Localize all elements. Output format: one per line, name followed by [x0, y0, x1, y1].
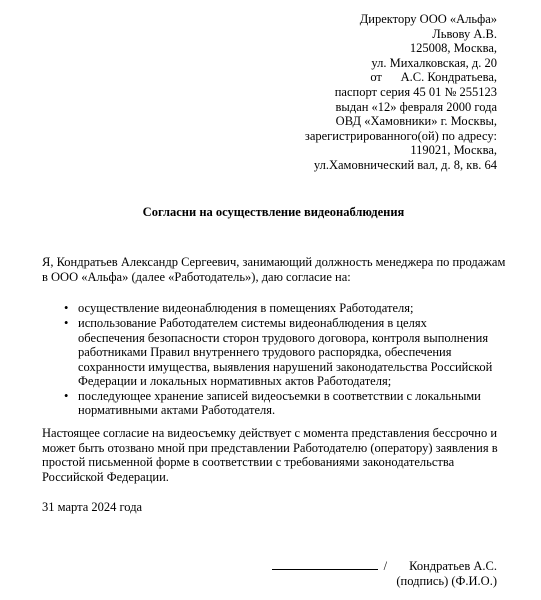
recipient-line: Львову А.В. — [42, 27, 497, 42]
recipient-line: ул. Михалковская, д. 20 — [42, 56, 497, 71]
document-page: Директору ООО «Альфа» Львову А.В. 125008… — [0, 0, 541, 600]
recipient-line: зарегистрированного(ой) по адресу: — [42, 129, 497, 144]
recipient-line: ул.Хамовнический вал, д. 8, кв. 64 — [42, 158, 497, 173]
document-title: Согласни на осуществление видеонаблюдени… — [42, 205, 505, 220]
recipient-block: Директору ООО «Альфа» Львову А.В. 125008… — [42, 12, 497, 173]
consent-item-text: последующее хранение записей видеосъемки… — [78, 389, 481, 418]
signature-caption: (подпись) (Ф.И.О.) — [42, 574, 497, 589]
recipient-line: паспорт серия 45 01 № 255123 — [42, 85, 497, 100]
signature-row: /Кондратьев А.С. — [42, 557, 497, 574]
bullet-icon: • — [64, 316, 68, 331]
consent-item-text: осуществление видеонаблюдения в помещени… — [78, 301, 413, 316]
bullet-icon: • — [64, 301, 68, 316]
recipient-line: 119021, Москва, — [42, 143, 497, 158]
signature-slash: / — [384, 559, 387, 573]
recipient-line: 125008, Москва, — [42, 41, 497, 56]
consent-list-item: • осуществление видеонаблюдения в помеще… — [42, 301, 505, 316]
consent-list-item: • последующее хранение записей видеосъем… — [42, 389, 505, 418]
consent-item-text: использование Работодателем системы виде… — [78, 316, 492, 389]
recipient-line: от А.С. Кондратьева, — [42, 70, 497, 85]
consent-list-item: • использование Работодателем системы ви… — [42, 316, 505, 389]
recipient-line: ОВД «Хамовники» г. Москвы, — [42, 114, 497, 129]
recipient-line: выдан «12» февраля 2000 года — [42, 100, 497, 115]
intro-paragraph: Я, Кондратьев Александр Сергеевич, заним… — [42, 255, 505, 284]
recipient-line: Директору ООО «Альфа» — [42, 12, 497, 27]
signature-name: Кондратьев А.С. — [409, 559, 497, 573]
consent-list: • осуществление видеонаблюдения в помеще… — [42, 301, 505, 418]
signature-blank-line — [272, 557, 378, 570]
bullet-icon: • — [64, 389, 68, 404]
document-date: 31 марта 2024 года — [42, 500, 505, 515]
closing-paragraph: Настоящее согласие на видеосъемку действ… — [42, 426, 505, 484]
